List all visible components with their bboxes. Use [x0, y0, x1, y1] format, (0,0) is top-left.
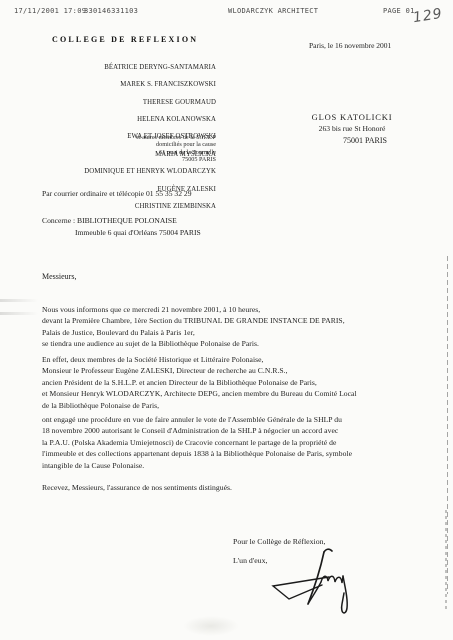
body-paragraph: ont engagé une procédure en vue de faire… — [42, 414, 446, 471]
scan-fold-mark — [0, 299, 38, 302]
handwritten-page-number: 129 — [412, 6, 444, 26]
recipient-city-line: 75001 PARIS — [300, 135, 404, 146]
fax-datetime: 17/11/2001 17:09 — [14, 7, 86, 15]
closing-organization-line: Pour le Collège de Réflexion, — [233, 537, 325, 546]
scan-fold-mark — [0, 312, 38, 315]
scan-smudge — [183, 616, 239, 636]
valediction-line: Recevez, Messieurs, l'assurance de nos s… — [42, 483, 232, 492]
member-name: CHRISTINE ZIEMBINSKA — [0, 203, 216, 212]
recipient-address-line: 263 bis rue St Honoré — [300, 123, 404, 135]
member-name: MAREK S. FRANCISZKOWSKI — [0, 81, 216, 90]
letter-date-line: Paris, le 16 novembre 2001 — [309, 41, 391, 50]
fax-page-number: PAGE 01 — [383, 7, 415, 15]
fax-sender-name: WLODARCZYK ARCHITECT — [228, 7, 318, 15]
salutation: Messieurs, — [42, 272, 76, 281]
scan-edge-artifact — [445, 510, 447, 610]
member-name: THERESE GOURMAUD — [0, 99, 216, 108]
sender-members-note: et autres membres de la S.H.L.P domicili… — [0, 134, 216, 164]
scanned-letter-page: 17/11/2001 17:09 330146331103 WLODARCZYK… — [0, 0, 453, 640]
member-name: DOMINIQUE ET HENRYK WLODARCZYK — [0, 168, 216, 177]
subject-line: Concerne : BIBLIOTHEQUE POLONAISE — [42, 215, 201, 227]
recipient-name: GLOS KATOLICKI — [300, 111, 404, 123]
handwritten-signature — [263, 546, 365, 624]
subject-block: Concerne : BIBLIOTHEQUE POLONAISE Immeub… — [42, 215, 201, 238]
fax-number: 330146331103 — [84, 7, 138, 15]
member-name: HELENA KOLANOWSKA — [0, 116, 216, 125]
body-paragraph: En effet, deux membres de la Société His… — [42, 354, 446, 411]
delivery-method-line: Par courrier ordinaire et télécopie 01 5… — [42, 189, 192, 198]
recipient-address-block: GLOS KATOLICKI 263 bis rue St Honoré 750… — [300, 111, 404, 146]
body-paragraph: Nous vous informons que ce mercredi 21 n… — [42, 304, 446, 350]
member-name: BÉATRICE DERYNG-SANTAMARIA — [0, 64, 216, 73]
organization-name: COLLEGE DE REFLEXION — [52, 35, 198, 44]
subject-address-line: Immeuble 6 quai d'Orléans 75004 PARIS — [42, 227, 201, 239]
